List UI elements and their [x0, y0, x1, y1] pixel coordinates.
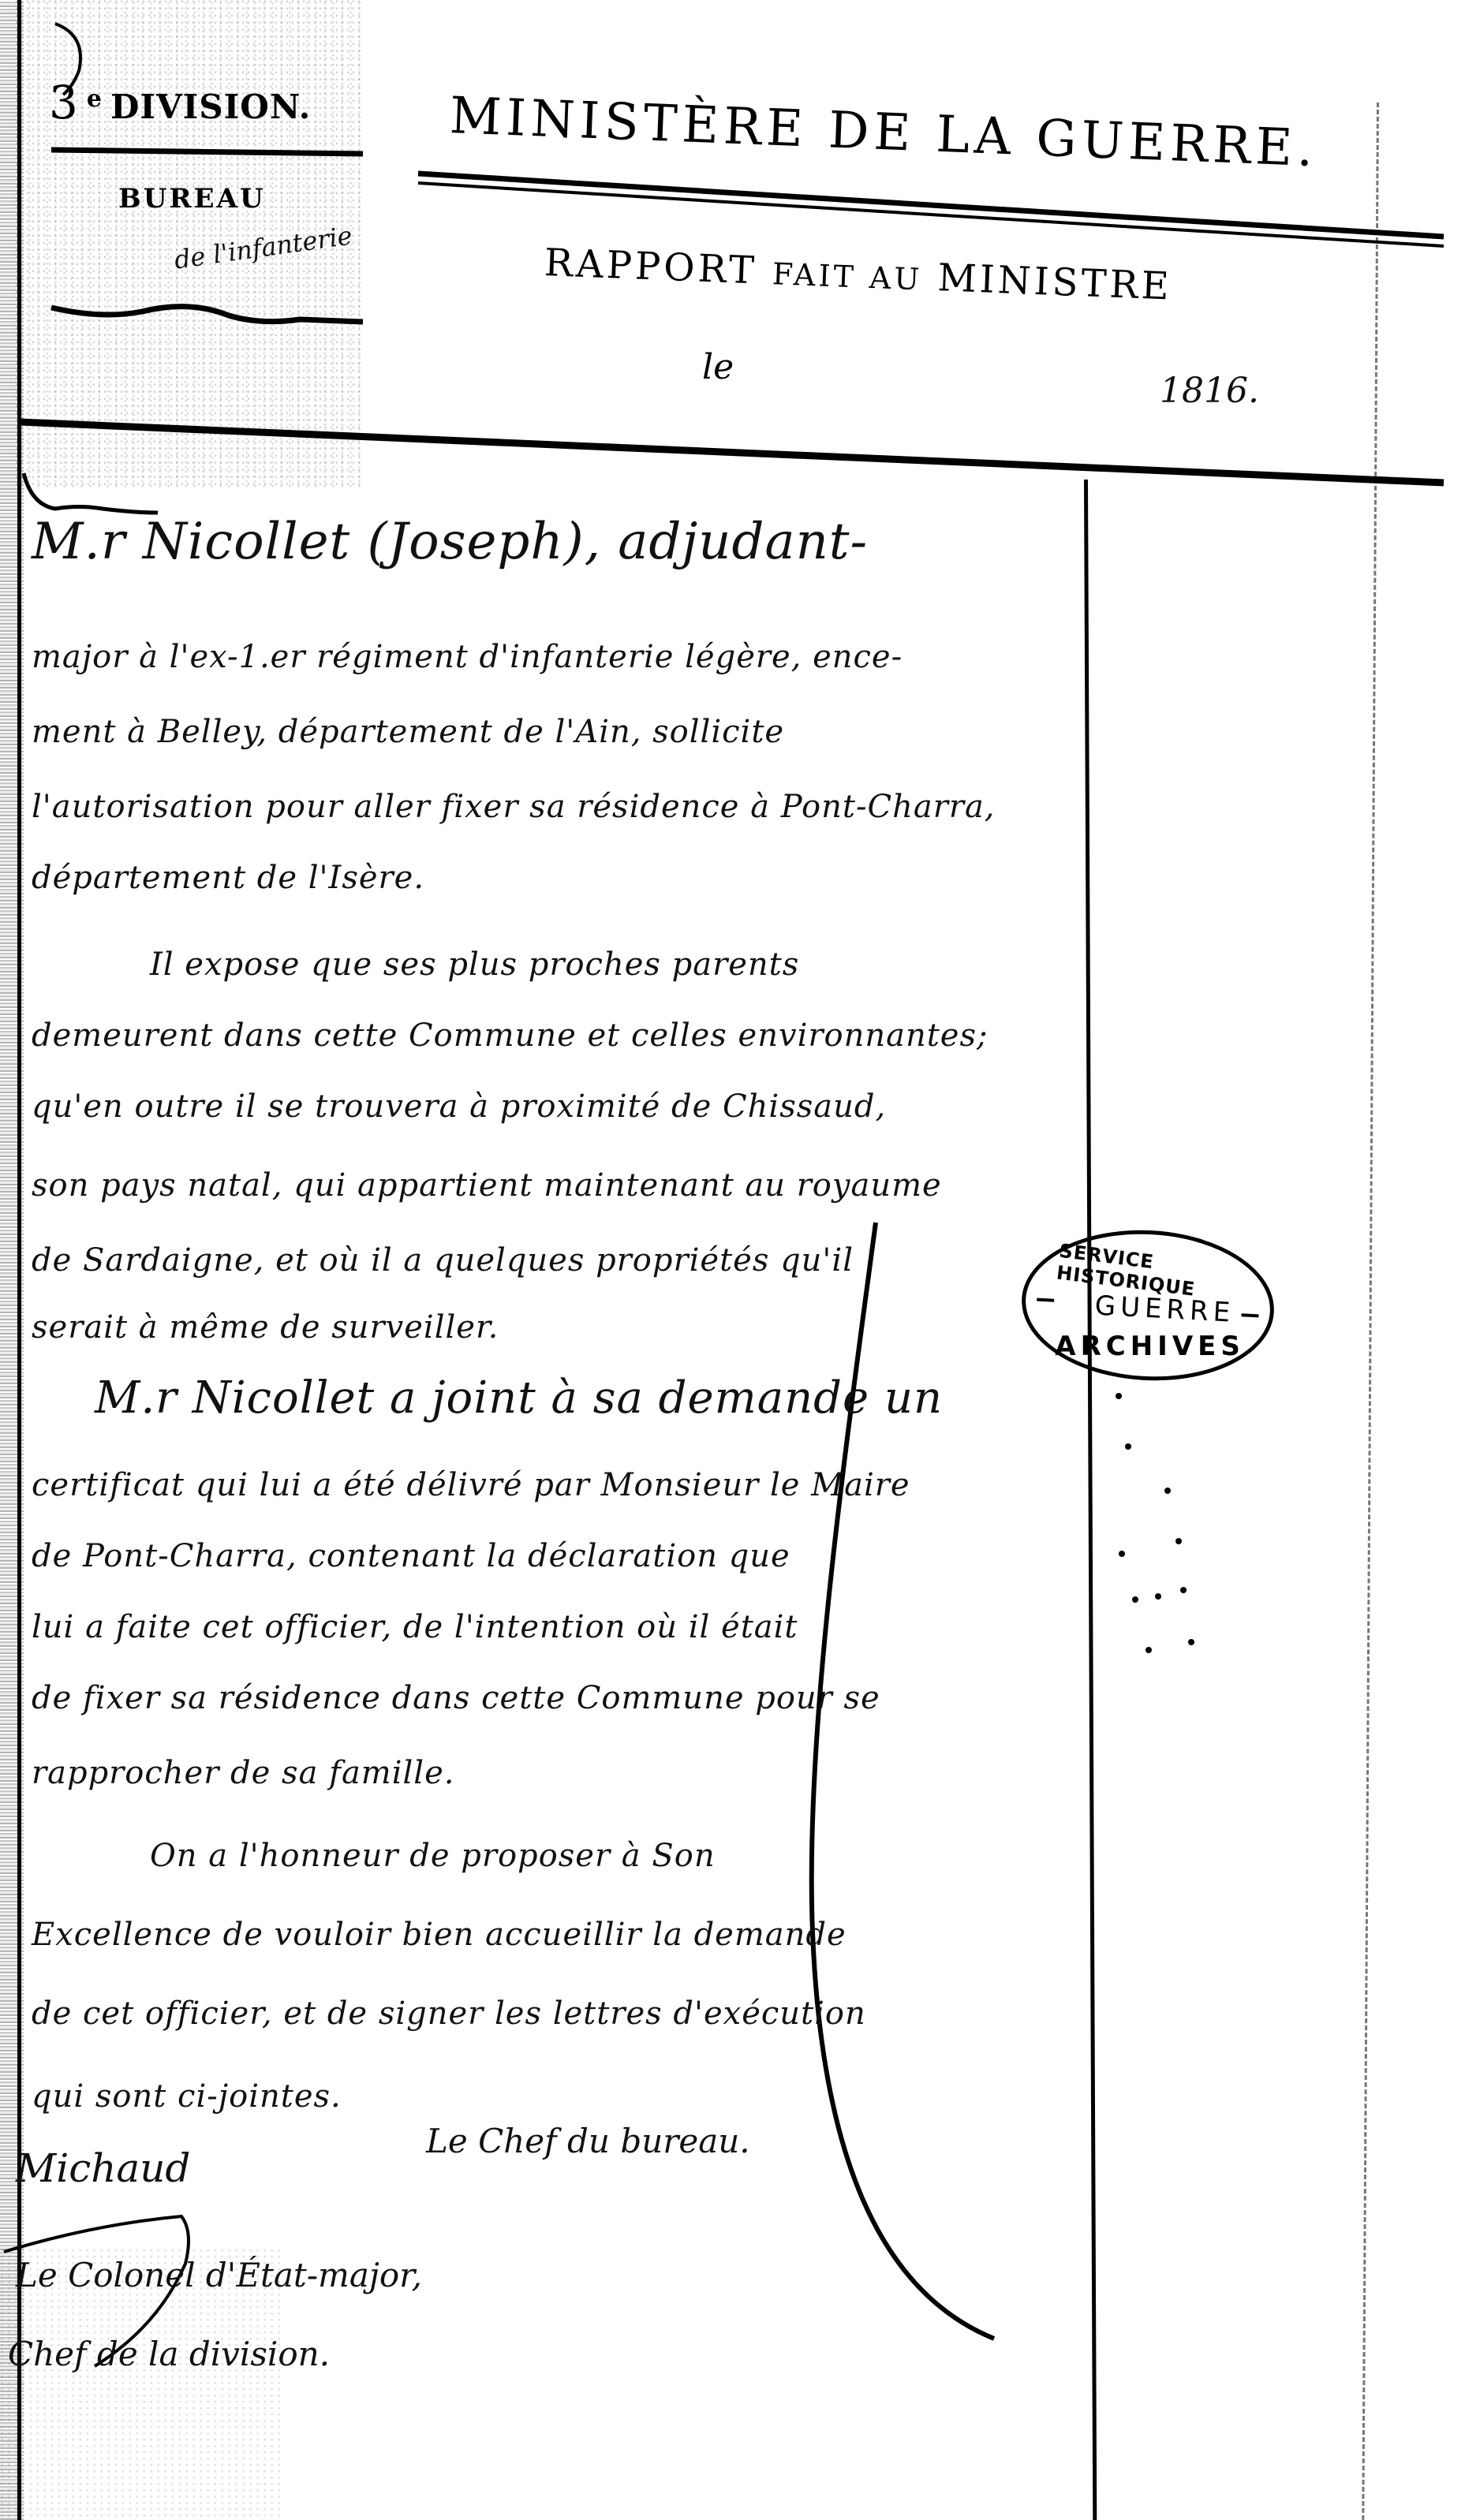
body-line-5: département de l'Isère.	[32, 860, 424, 896]
stamp-dash-right	[1241, 1313, 1258, 1317]
body-line-15: lui a faite cet officier, de l'intention…	[32, 1609, 798, 1645]
body-line-11: serait à même de surveiller.	[32, 1309, 499, 1346]
body-line-2: major à l'ex-1.er régiment d'infanterie …	[32, 639, 903, 675]
stamp-bottom-text: ARCHIVES	[1055, 1331, 1245, 1362]
report-title-ministre: MINISTRE	[937, 256, 1173, 308]
date-year: 1816.	[1160, 371, 1259, 411]
body-line-17: rapprocher de sa famille.	[32, 1755, 454, 1791]
body-line-10: de Sardaigne, et où il a quelques propri…	[32, 1242, 854, 1279]
body-line-21: qui sont ci-jointes.	[32, 2078, 342, 2115]
body-line-4: l'autorisation pour aller fixer sa résid…	[32, 789, 996, 825]
report-title-fait-au: FAIT AU	[772, 256, 923, 297]
stamp-middle-text: GUERRE	[1094, 1290, 1235, 1329]
body-line-12: M.r Nicollet a joint à sa demande un	[95, 1372, 943, 1424]
body-line-8: qu'en outre il se trouvera à proximité d…	[32, 1088, 886, 1125]
document-page: 3eDIVISION. BUREAU de l'infanterie MINIS…	[0, 0, 1480, 2520]
body-line-7: demeurent dans cette Commune et celles e…	[32, 1017, 988, 1054]
body-line-3: ment à Belley, département de l'Ain, sol…	[32, 714, 784, 750]
chef-division-line: Chef de la division.	[8, 2335, 330, 2373]
signature-michaud: Michaud	[16, 2145, 190, 2191]
bureau-label: BUREAU	[118, 183, 266, 215]
body-line-1: M.r Nicollet (Joseph), adjudant-	[32, 513, 868, 571]
body-line-13: certificat qui lui a été délivré par Mon…	[32, 1467, 910, 1503]
division-number: 3	[49, 76, 79, 129]
report-title-rapport: RAPPORT	[544, 241, 758, 293]
division-suffix: e	[87, 85, 103, 113]
body-line-19: Excellence de vouloir bien accueillir la…	[32, 1917, 847, 1953]
division-label: 3eDIVISION.	[49, 76, 311, 129]
body-line-20: de cet officier, et de signer les lettre…	[32, 1995, 866, 2032]
colonel-line: Le Colonel d'État-major,	[16, 2256, 422, 2294]
stamp-dash-left	[1037, 1298, 1054, 1302]
body-line-9: son pays natal, qui appartient maintenan…	[32, 1167, 942, 1204]
body-line-14: de Pont-Charra, contenant la déclaration…	[32, 1538, 790, 1574]
division-text: DIVISION.	[110, 88, 311, 126]
date-prefix: le	[702, 347, 734, 387]
body-line-18: On a l'honneur de proposer à Son	[150, 1838, 716, 1874]
chef-bureau-line: Le Chef du bureau.	[426, 2122, 750, 2160]
body-line-16: de fixer sa résidence dans cette Commune…	[32, 1680, 880, 1716]
body-line-6: Il expose que ses plus proches parents	[150, 946, 799, 983]
